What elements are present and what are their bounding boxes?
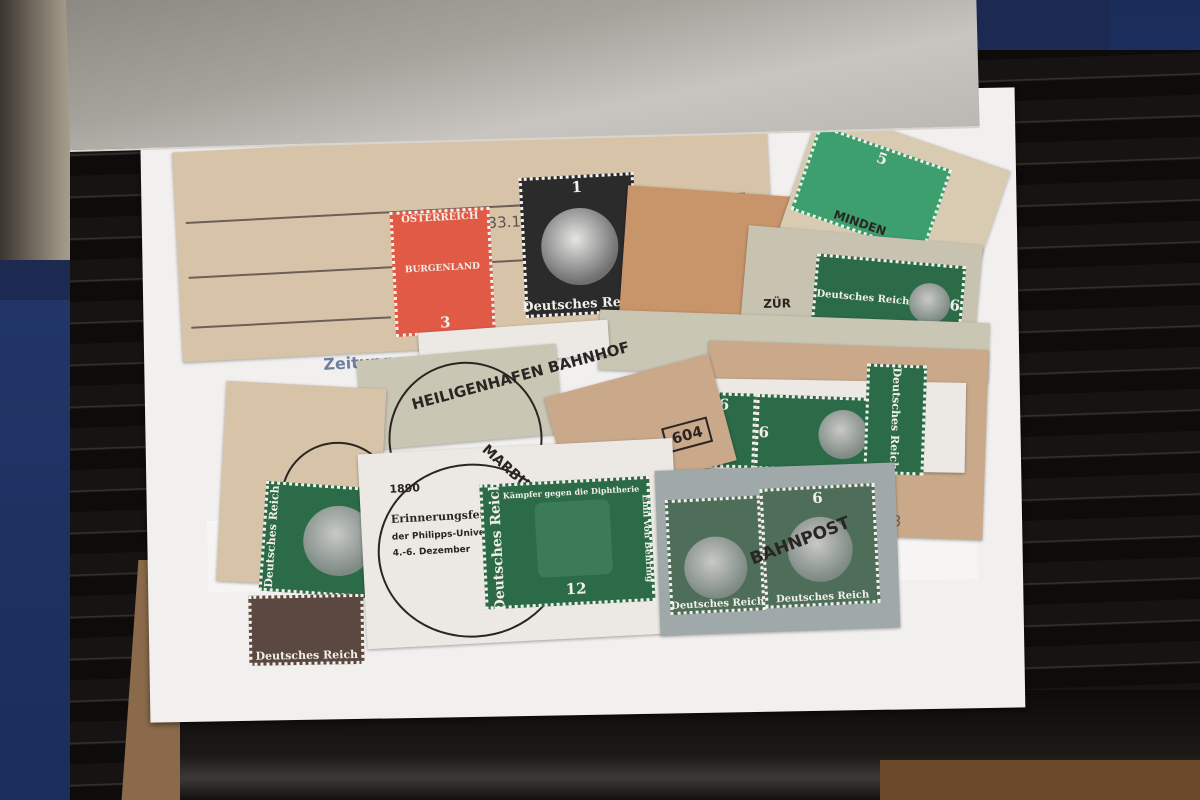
hindenburg-portrait [540,206,620,286]
stamp-legend: Deutsches Reich [776,589,870,605]
stamp-value: 6 [812,489,823,508]
stamp-emil-von-behring[interactable]: Deutsches Reich Kämpfer gegen die Diphth… [479,476,655,610]
stamp-region: BURGENLAND [405,261,480,275]
stamp-brown-deutsches-reich[interactable]: Deutsches Reich [248,594,364,666]
hindenburg-portrait [683,535,748,600]
stamp-value: 5 [874,149,890,169]
stamp-value: 3 [440,313,451,332]
stamp-hindenburg-6pf[interactable]: 6 [754,394,872,473]
behring-portrait [534,499,613,578]
stamp-legend: Deutsches Reich [255,648,358,663]
hindenburg-portrait [818,409,869,460]
stamp-legend: Deutsches Reich [816,288,910,307]
wavy-cancel-line [191,316,391,328]
stockcard[interactable]: 30.IV.33.19 Zeitung vo Journal e OSTERRE… [140,87,1026,722]
glassine-interleaf[interactable] [66,0,980,152]
stamp-country: OSTERREICH [401,210,479,225]
wooden-table-edge [880,760,1200,800]
postmark-zurich: ZÜR [763,296,791,310]
stamp-legend: Deutsches Reich [887,367,904,470]
stamp-austria-burgenland[interactable]: OSTERREICH BURGENLAND 3 [389,207,495,337]
stamp-top-text: Kämpfer gegen die Diphtherie [503,483,640,500]
stamp-value: 1 [571,178,582,197]
stamp-legend: Deutsches Reich [262,485,282,588]
stamp-legend: Deutsches Reich [671,596,765,612]
hindenburg-portrait [908,281,952,325]
fragment-heiligenhafen: HEILIGENHAFEN BAHNHOF [356,344,563,451]
stamp-hindenburg-6pf-vertical[interactable]: Deutsches Reich [863,364,927,476]
stamp-value: 12 [565,579,587,598]
stamp-value: 6 [949,296,961,315]
stamp-value: 6 [758,423,769,441]
postmark-year-start: 1890 [389,481,420,496]
